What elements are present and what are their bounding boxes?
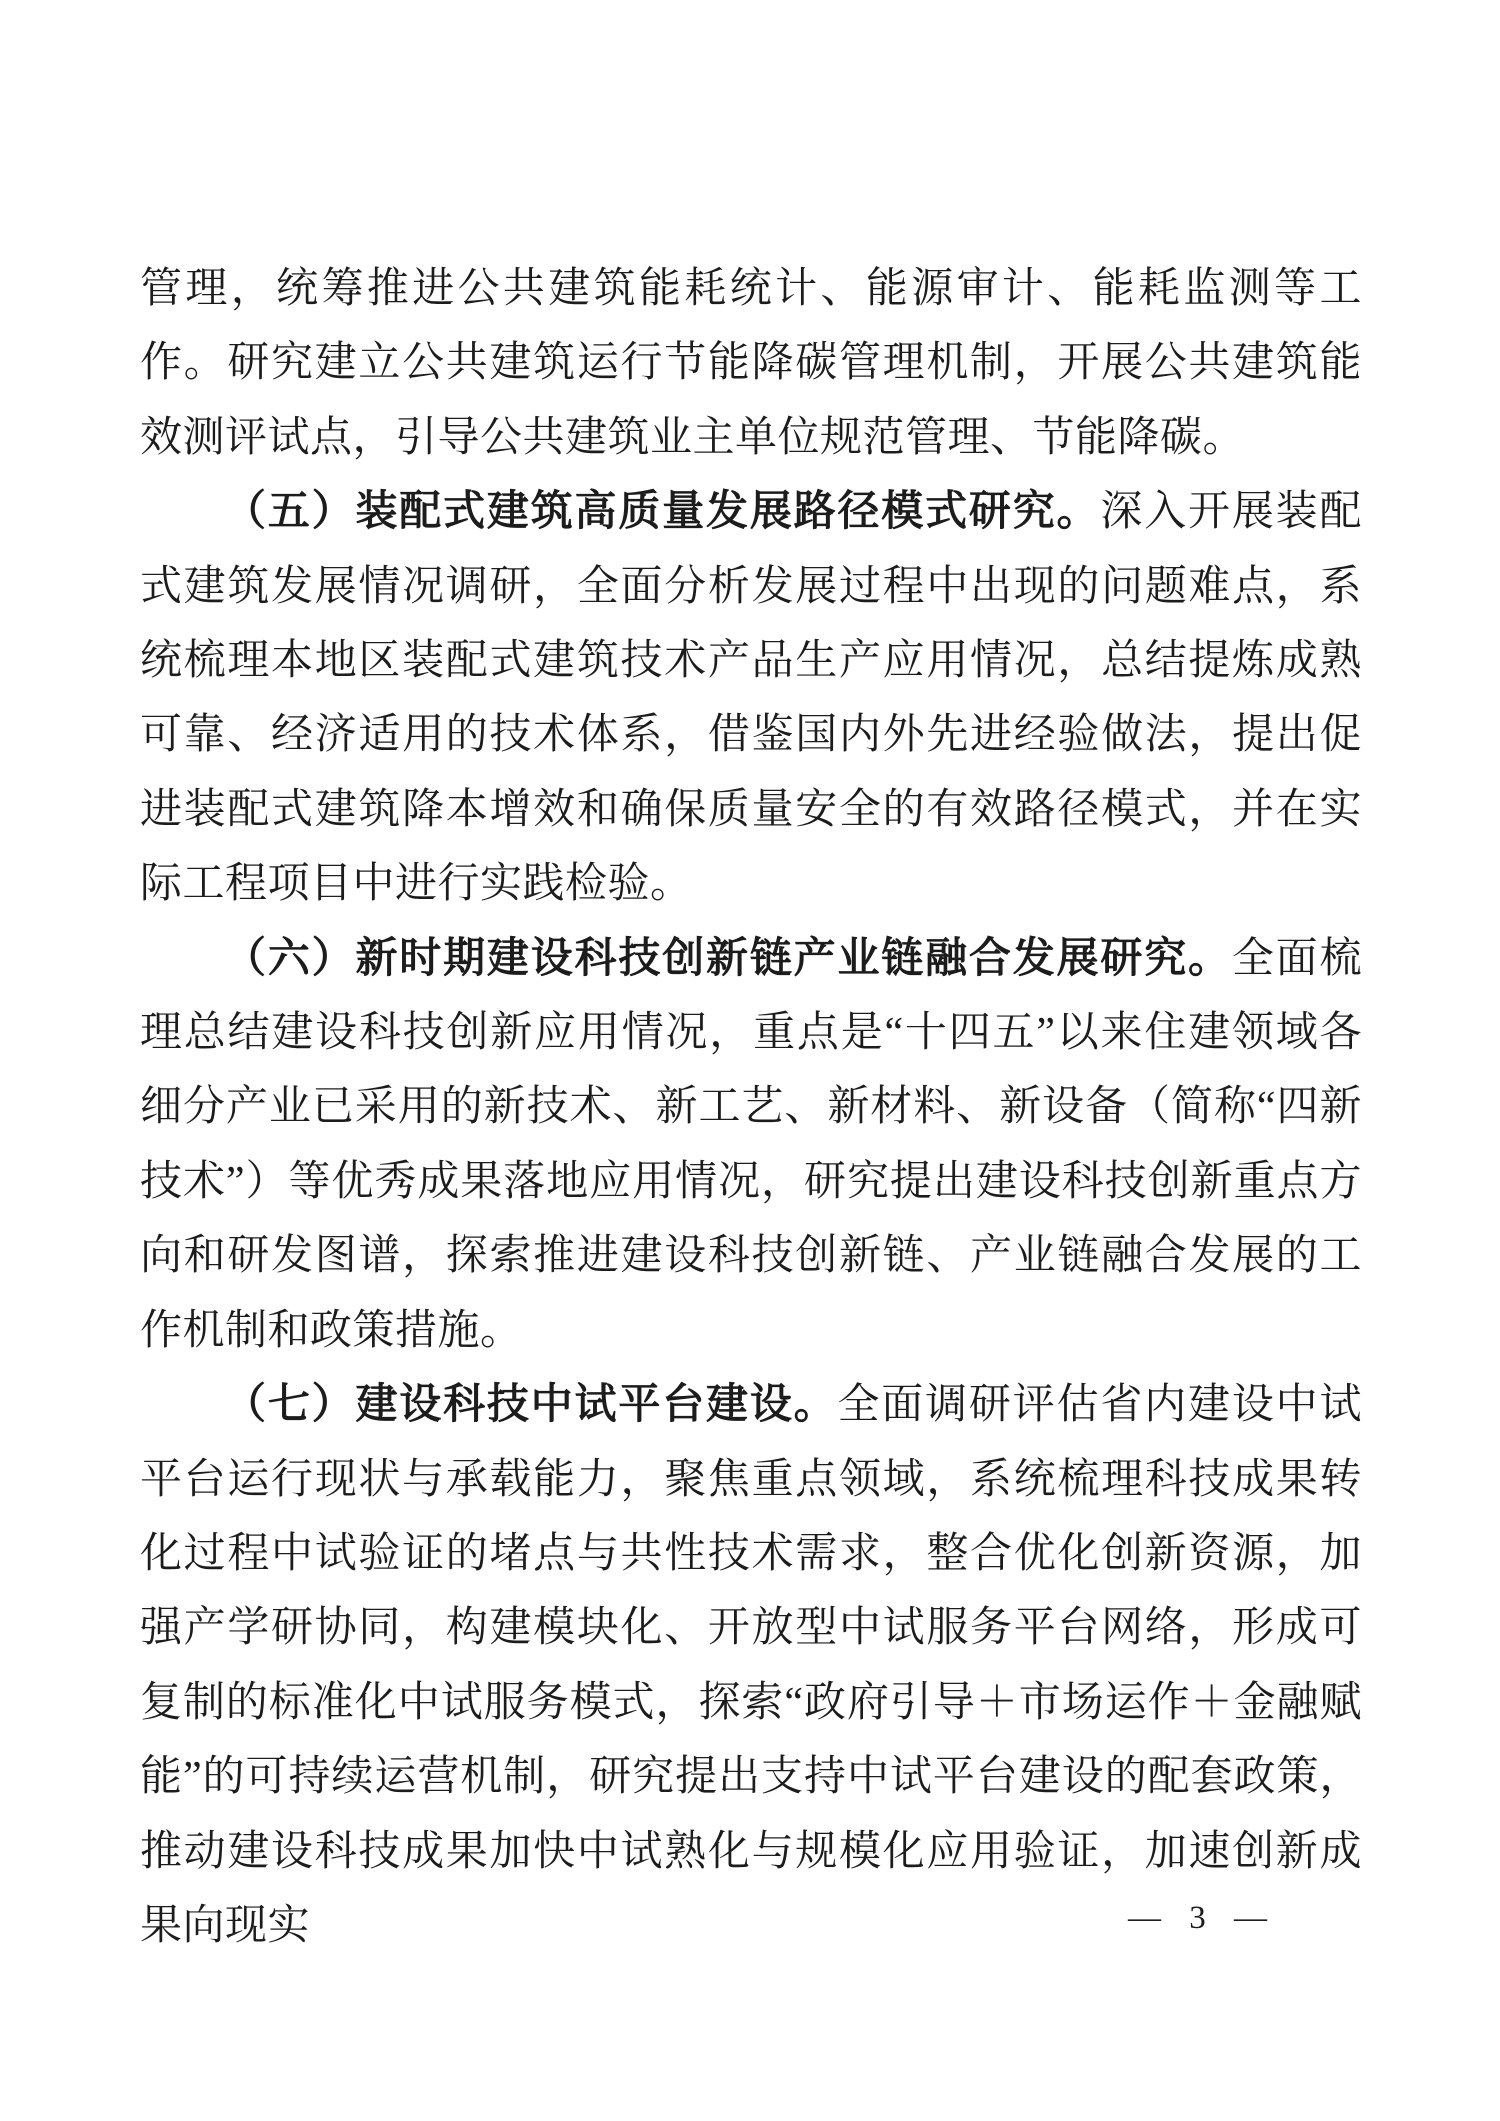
document-body: 管理，统筹推进公共建筑能耗统计、能源审计、能耗监测等工作。研究建立公共建筑运行节… (140, 252, 1362, 1963)
paragraph: （五）装配式建筑高质量发展路径模式研究。深入开展装配式建筑发展情况调研，全面分析… (140, 475, 1362, 921)
paragraph-text: 全面梳理总结建设科技创新应用情况，重点是“十四五”以来住建领域各细分产业已采用的… (140, 936, 1362, 1354)
paragraph-text: 全面调研评估省内建设中试平台运行现状与承载能力，聚焦重点领域，系统梳理科技成果转… (140, 1382, 1362, 1949)
section-heading: （七）建设科技中试平台建设。 (224, 1382, 837, 1428)
paragraph: 管理，统筹推进公共建筑能耗统计、能源审计、能耗监测等工作。研究建立公共建筑运行节… (140, 252, 1362, 475)
document-page: 管理，统筹推进公共建筑能耗统计、能源审计、能耗监测等工作。研究建立公共建筑运行节… (0, 0, 1500, 2121)
section-heading: （六）新时期建设科技创新链产业链融合发展研究。 (224, 936, 1232, 982)
paragraph: （六）新时期建设科技创新链产业链融合发展研究。全面梳理总结建设科技创新应用情况，… (140, 922, 1362, 1368)
paragraph-text: 深入开展装配式建筑发展情况调研，全面分析发展过程中出现的问题难点，系统梳理本地区… (140, 489, 1362, 907)
paragraph: （七）建设科技中试平台建设。全面调研评估省内建设中试平台运行现状与承载能力，聚焦… (140, 1368, 1362, 1963)
page-number: — 3 — (1128, 1898, 1269, 1938)
section-heading: （五）装配式建筑高质量发展路径模式研究。 (224, 489, 1100, 535)
paragraph-text: 管理，统筹推进公共建筑能耗统计、能源审计、能耗监测等工作。研究建立公共建筑运行节… (140, 266, 1362, 461)
